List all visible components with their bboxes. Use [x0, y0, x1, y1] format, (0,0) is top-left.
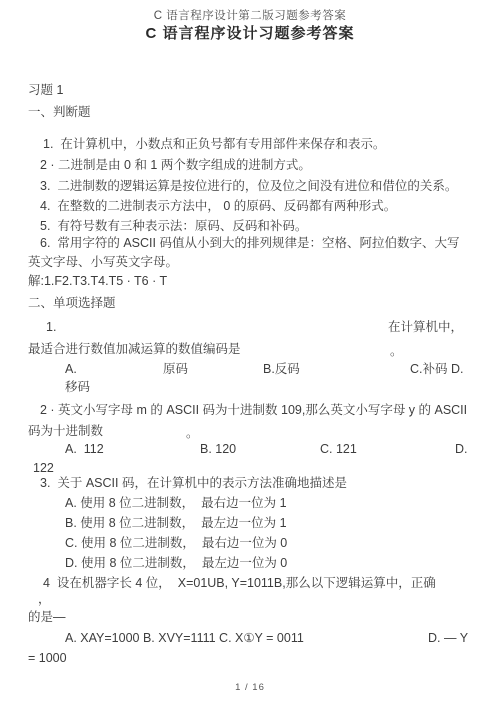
section-heading-judgement: 一、判断题	[28, 105, 91, 120]
exercise-label: 习题 1	[28, 83, 63, 98]
page-title: C 语言程序设计习题参考答案	[0, 25, 500, 43]
q2-option-c: C. 121	[320, 442, 357, 457]
judgement-item: 4. 在整数的二进制表示方法中， 0 的原码、反码都有两种形式。	[40, 199, 396, 214]
q2-option-d: D.	[455, 442, 468, 457]
q4-options-abc: A. XAY=1000 B. XVY=1111 C. X①Y = 0011	[65, 631, 304, 646]
judgement-item-wrap: 英文字母、小写英文字母。	[28, 255, 178, 270]
q4-line2: 的是—	[28, 610, 66, 625]
q2-option-b: B. 120	[200, 442, 236, 457]
q1-option-b: B.反码	[263, 362, 300, 377]
page-number: 1 / 16	[0, 682, 500, 693]
q4-comma: ，	[38, 592, 51, 607]
q4-line1: 4 设在机器字长 4 位， X=01UB, Y=1011B,那么以下逻辑运算中，…	[43, 576, 436, 591]
judgement-item: 5. 有符号数有三种表示法：原码、反码和补码。	[40, 219, 307, 234]
header-subtitle: C 语言程序设计第二版习题参考答案	[0, 10, 500, 24]
answers-line: 解:1.F2.T3.T4.T5 · T6 · T	[28, 274, 167, 289]
q2-line2: 码为十进制数	[28, 424, 103, 439]
judgement-item: 2 · 二进制是由 0 和 1 两个数字组成的进制方式。	[40, 158, 311, 173]
q4-option-d: D. — Y	[428, 631, 468, 646]
judgement-item: 6. 常用字符的 ASCII 码值从小到大的排列规律是：空格、阿拉伯数字、大写	[40, 236, 459, 251]
q3-option: D. 使用 8 位二进制数， 最左边一位为 0	[65, 556, 287, 571]
q2-option-d-wrap: 122	[33, 461, 54, 476]
q3-stem: 3. 关于 ASCII 码，在计算机中的表示方法准确地描述是	[40, 476, 347, 491]
document-page: C 语言程序设计第二版习题参考答案 C 语言程序设计习题参考答案 习题 1 一、…	[0, 0, 500, 707]
q2-line1: 2 · 英文小写字母 m 的 ASCII 码为十进制数 109,那么英文小写字母…	[40, 403, 467, 418]
q1-option-cd: C.补码 D.	[410, 362, 463, 377]
q1-option-a-label: A.	[65, 362, 77, 377]
q1-blank-period: 。	[390, 344, 403, 359]
q1-number: 1.	[46, 320, 56, 335]
q1-intro: 在计算机中，	[388, 320, 463, 335]
q2-blank-period: 。	[186, 426, 199, 441]
q4-option-d-wrap: = 1000	[28, 651, 67, 666]
q1-option-d-wrap: 移码	[65, 380, 90, 395]
q3-option: C. 使用 8 位二进制数， 最右边一位为 0	[65, 536, 287, 551]
judgement-item: 1. 在计算机中，小数点和正负号都有专用部件来保存和表示。	[43, 137, 385, 152]
q1-option-a-text: 原码	[163, 362, 188, 377]
judgement-item: 3. 二进制数的逻辑运算是按位进行的，位及位之间没有进位和借位的关系。	[40, 179, 457, 194]
q1-stem: 最适合进行数值加减运算的数值编码是	[28, 342, 241, 357]
q3-option: A. 使用 8 位二进制数， 最右边一位为 1	[65, 496, 287, 511]
q2-option-a: A. 112	[65, 442, 104, 457]
q3-option: B. 使用 8 位二进制数， 最左边一位为 1	[65, 516, 287, 531]
section-heading-choice: 二、单项选择题	[28, 296, 116, 311]
